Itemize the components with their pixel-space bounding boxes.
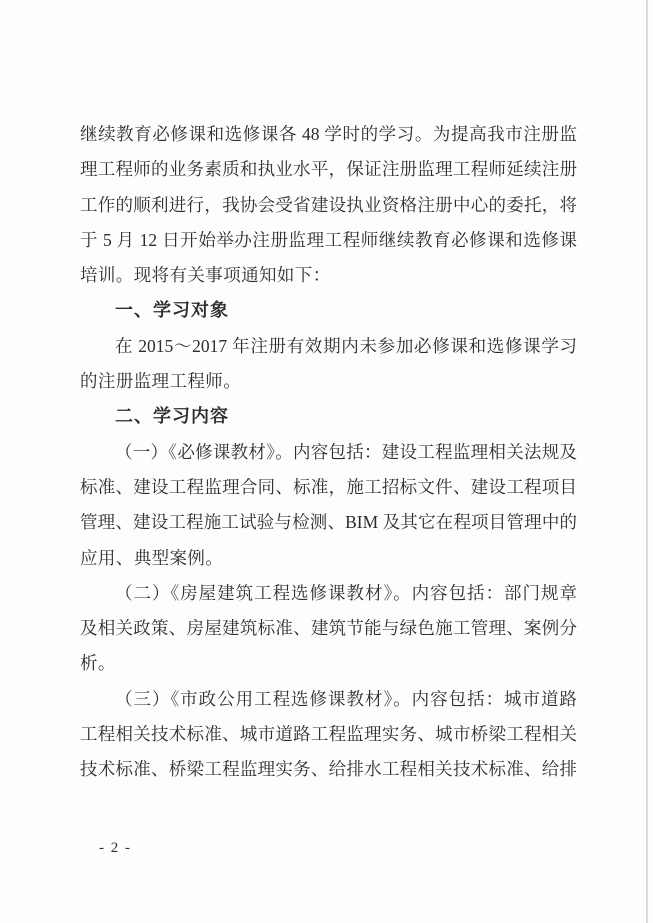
- text-line: 继续教育必修课和选修课各 48 学时的学习。为提高我市注册监: [80, 117, 577, 152]
- document-page: 继续教育必修课和选修课各 48 学时的学习。为提高我市注册监 理工程师的业务素质…: [0, 0, 653, 923]
- document-text-block: 继续教育必修课和选修课各 48 学时的学习。为提高我市注册监 理工程师的业务素质…: [80, 117, 577, 788]
- section1-heading: 一、学习对象: [80, 293, 577, 328]
- scan-edge-line: [646, 0, 648, 923]
- text-line: 析。: [80, 646, 577, 681]
- text-line: 工作的顺利进行，我协会受省建设执业资格注册中心的委托，将: [80, 188, 577, 223]
- text-line: 管理、建设工程施工试验与检测、BIM 及其它在程项目管理中的: [80, 505, 577, 540]
- text-line: 于 5 月 12 日开始举办注册监理工程师继续教育必修课和选修课: [80, 223, 577, 258]
- text-line: 应用、典型案例。: [80, 541, 577, 576]
- text-line: 标准、建设工程监理合同、标准，施工招标文件、建设工程项目: [80, 470, 577, 505]
- text-line: 理工程师的业务素质和执业水平，保证注册监理工程师延续注册: [80, 152, 577, 187]
- text-line: （二）《房屋建筑工程选修课教材》。内容包括：部门规章: [80, 576, 577, 611]
- text-line: 技术标准、桥梁工程监理实务、给排水工程相关技术标准、给排: [80, 752, 577, 787]
- text-line: （三）《市政公用工程选修课教材》。内容包括：城市道路: [80, 682, 577, 717]
- text-line: 培训。现将有关事项通知如下：: [80, 258, 577, 293]
- text-line: 及相关政策、房屋建筑标准、建筑节能与绿色施工管理、案例分: [80, 611, 577, 646]
- text-line: 在 2015～2017 年注册有效期内未参加必修课和选修课学习: [80, 329, 577, 364]
- page-number: - 2 -: [99, 840, 132, 857]
- text-line: 工程相关技术标准、城市道路工程监理实务、城市桥梁工程相关: [80, 717, 577, 752]
- text-line: （一）《必修课教材》。内容包括：建设工程监理相关法规及: [80, 435, 577, 470]
- section2-heading: 二、学习内容: [80, 399, 577, 434]
- text-line: 的注册监理工程师。: [80, 364, 577, 399]
